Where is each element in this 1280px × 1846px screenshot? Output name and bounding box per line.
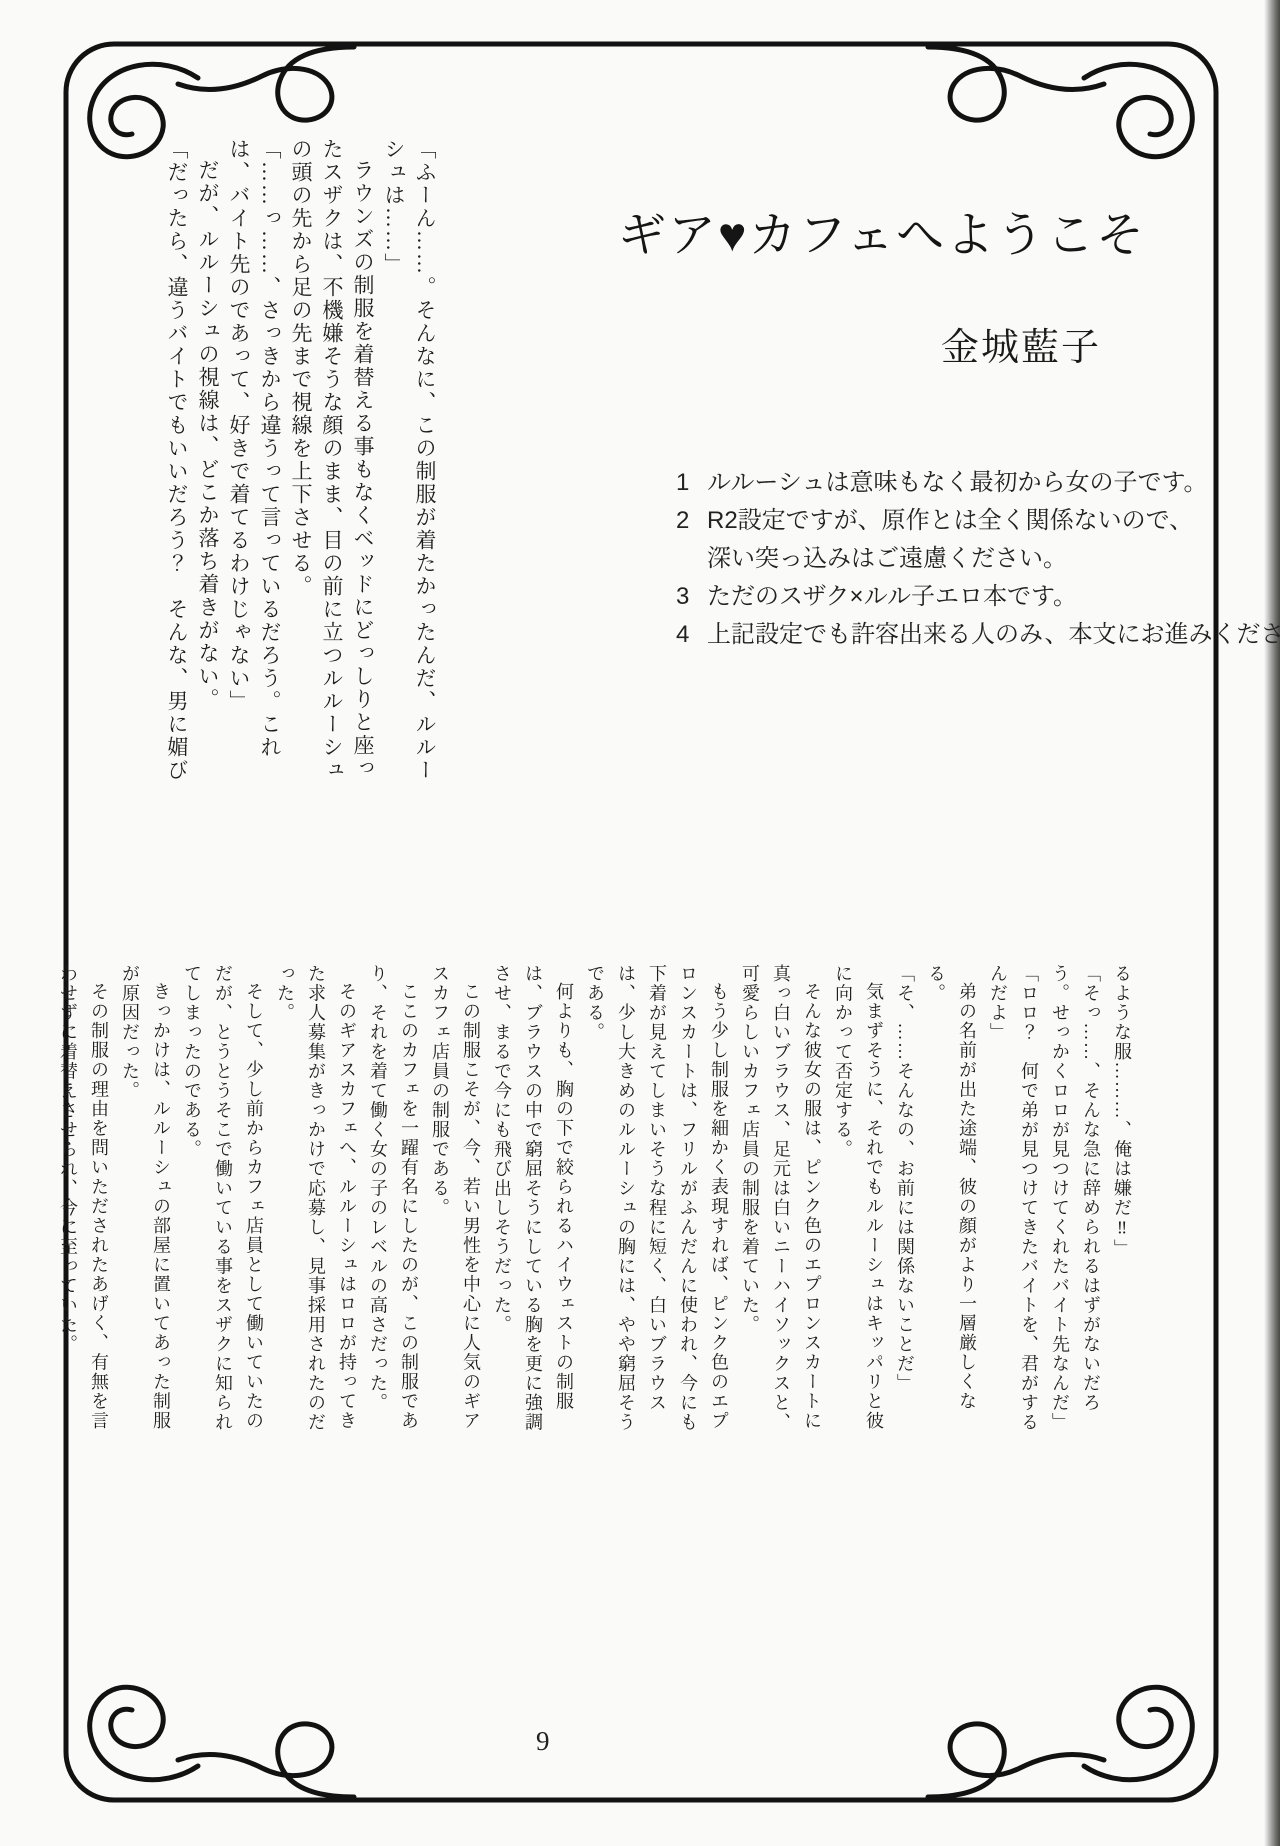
note-text: ルルーシュは意味もなく最初から女の子です。 — [707, 468, 1208, 506]
story-paragraph: 気まずそうに、それでもルルーシュはキッパリと彼に向かって否定する。 — [827, 964, 889, 1448]
story-paragraph: 何よりも、胸の下で絞られるハイウェストの制服は、ブラウスの中で窮屈そうにしている… — [486, 964, 579, 1448]
note-text: ただのスザク×ルル子エロ本です。 — [707, 582, 1077, 620]
story-paragraph: だが、ルルーシュの視線は、どこか落ち着きがない。 — [192, 138, 223, 796]
note-item: 2 R2設定ですが、原作とは全く関係ないので、 — [676, 506, 1280, 544]
story-paragraph: ここのカフェを一躍有名にしたのが、この制服であり、それを着て働く女の子のレベルの… — [362, 964, 424, 1448]
story-paragraph: 「だったら、違うバイトでもいいだろう？ そんな、男に媚び — [161, 138, 192, 796]
story-paragraph: ラウンズの制服を着替える事もなくベッドにどっしりと座ったスザクは、不機嫌そうな顔… — [285, 138, 378, 796]
story-body-text: るような服………、俺は嫌だ‼」 「そっ……、そんな急に辞められるはずがないだろう… — [140, 964, 1137, 1448]
note-item: 1 ルルーシュは意味もなく最初から女の子です。 — [676, 468, 1280, 506]
doujinshi-scan-page: ギア♥カフェへようこそ 金城藍子 1 ルルーシュは意味もなく最初から女の子です。… — [0, 0, 1280, 1846]
note-item: 3 ただのスザク×ルル子エロ本です。 — [676, 582, 1280, 620]
note-text: 深い突っ込みはご遠慮ください。 — [707, 544, 1067, 582]
note-number: 2 — [676, 506, 707, 544]
story-paragraph: そして、少し前からカフェ店員として働いていたのだが、とうとうそこで働いている事を… — [176, 964, 269, 1448]
story-paragraph: その制服の理由を問いただされたあげく、有無を言わせずに着替えさせられ、今に至って… — [52, 964, 114, 1448]
story-paragraph: るような服………、俺は嫌だ‼」 — [1106, 964, 1137, 1448]
note-number: 4 — [676, 620, 707, 658]
disclaimer-notes: 1 ルルーシュは意味もなく最初から女の子です。 2 R2設定ですが、原作とは全く… — [676, 468, 1280, 658]
story-paragraph: 「ふーん……。そんなに、この制服が着たかったんだ、ルルーシュは……」 — [378, 138, 440, 796]
page-number: 9 — [536, 1726, 550, 1757]
note-text: 上記設定でも許容出来る人のみ、本文にお進みください。 — [707, 620, 1280, 658]
corner-swirl-bottom-right — [928, 1687, 1192, 1797]
story-paragraph: もう少し制服を細かく表現すれば、ピンク色のエプロンスカートは、フリルがふんだんに… — [579, 964, 734, 1448]
scan-edge-shadow — [1264, 0, 1280, 1846]
note-number: 3 — [676, 582, 707, 620]
story-paragraph: 「ロロ？ 何で弟が見つけてきたバイトを、君がするんだよ」 — [982, 964, 1044, 1448]
note-item: 深い突っ込みはご遠慮ください。 — [676, 544, 1280, 582]
story-paragraph: 「……っ……、さっきから違うって言っているだろう。これは、バイト先のであって、好… — [223, 138, 285, 796]
note-number: 1 — [676, 468, 707, 506]
corner-swirl-bottom-left — [90, 1687, 354, 1797]
note-number — [676, 544, 707, 582]
story-paragraph: 弟の名前が出た途端、彼の顔がより一層厳しくなる。 — [920, 964, 982, 1448]
author-name: 金城藍子 — [941, 316, 1101, 371]
page-title: ギア♥カフェへようこそ — [618, 196, 1146, 265]
story-opening-text: 「ふーん……。そんなに、この制服が着たかったんだ、ルルーシュは……」 ラウンズの… — [153, 138, 440, 796]
story-paragraph: この制服こそが、今、若い男性を中心に人気のギアスカフェ店員の制服である。 — [424, 964, 486, 1448]
story-paragraph: 「そっ……、そんな急に辞められるはずがないだろう。せっかくロロが見つけてくれたバ… — [1044, 964, 1106, 1448]
corner-swirl-top-right — [928, 47, 1192, 157]
story-paragraph: 「そ、……そんなの、お前には関係ないことだ」 — [889, 964, 920, 1448]
story-paragraph: そのギアスカフェへ、ルルーシュはロロが持ってきた求人募集がきっかけで応募し、見事… — [269, 964, 362, 1448]
note-item: 4 上記設定でも許容出来る人のみ、本文にお進みください。 — [676, 620, 1280, 658]
note-text: R2設定ですが、原作とは全く関係ないので、 — [707, 506, 1193, 544]
story-paragraph: きっかけは、ルルーシュの部屋に置いてあった制服が原因だった。 — [114, 964, 176, 1448]
story-paragraph: そんな彼女の服は、ピンク色のエプロンスカートに真っ白いブラウス、足元は白いニーハ… — [734, 964, 827, 1448]
